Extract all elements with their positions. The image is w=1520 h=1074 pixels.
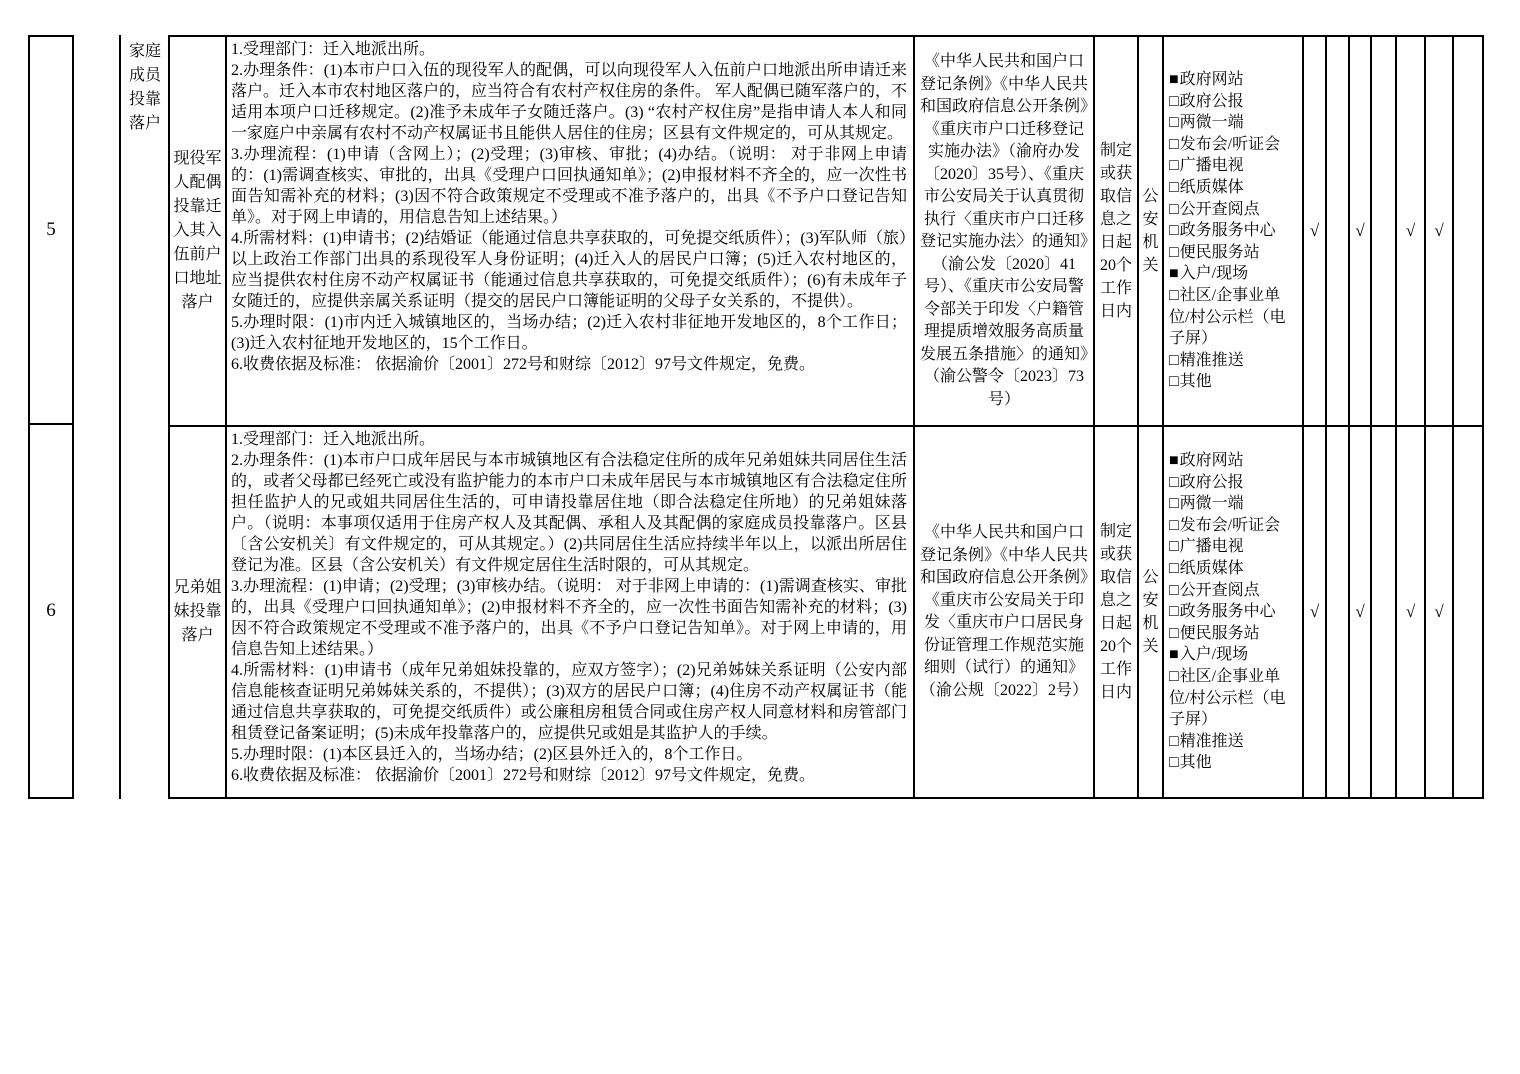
checkbox-unchecked-icon: □ [1169, 560, 1179, 577]
check-mark: √ [1355, 221, 1364, 241]
check-mark: √ [1434, 602, 1443, 622]
disclosure-time-limit-cell: 制定或获取信息之日起20个工作日内 [1095, 427, 1139, 799]
channel-label: 其他 [1180, 373, 1212, 390]
checkbox-unchecked-icon: □ [1169, 201, 1179, 218]
channel-item: □公开查阅点 [1169, 199, 1300, 221]
check-cell: √ [1350, 37, 1372, 427]
channel-label: 纸质媒体 [1180, 560, 1244, 577]
channel-label: 便民服务站 [1180, 244, 1260, 261]
publicity-channels-cell: ■政府网站 □政府公报 □两微一端 □发布会/听证会 □广播电视 □纸质媒体 □… [1164, 427, 1304, 799]
channel-item: □发布会/听证会 [1169, 134, 1300, 156]
check-mark: √ [1406, 602, 1415, 622]
legal-basis-cell: 《中华人民共和国户口登记条例》《中华人民共和国政府信息公开条例》《重庆市公安局关… [915, 427, 1095, 799]
check-mark: √ [1310, 221, 1319, 241]
channel-item: □广播电视 [1169, 155, 1300, 177]
channel-item: ■政府网站 [1169, 450, 1300, 472]
disclosure-time-limit-cell: 制定或获取信息之日起20个工作日内 [1095, 37, 1139, 427]
checkbox-unchecked-icon: □ [1169, 352, 1179, 369]
check-mark: √ [1434, 221, 1443, 241]
checkbox-checked-icon: ■ [1169, 71, 1179, 88]
channel-label: 政府公报 [1180, 93, 1244, 110]
channel-label: 公开查阅点 [1180, 582, 1260, 599]
check-mark: √ [1310, 602, 1319, 622]
check-cell [1327, 37, 1350, 427]
detail-section: 1.受理部门：迁入地派出所。 [231, 429, 907, 450]
checkbox-unchecked-icon: □ [1169, 222, 1179, 239]
checkbox-unchecked-icon: □ [1169, 517, 1179, 534]
channel-item: □公开查阅点 [1169, 580, 1300, 602]
channel-label: 发布会/听证会 [1180, 517, 1280, 534]
detail-section: 6.收费依据及标准： 依据渝价〔2001〕272号和财综〔2012〕97号文件规… [231, 765, 907, 786]
channel-item: □精准推送 [1169, 731, 1300, 753]
row-number-column: 5 6 [28, 35, 74, 799]
channel-label: 两微一端 [1180, 114, 1244, 131]
channel-label: 便民服务站 [1180, 625, 1260, 642]
checkbox-unchecked-icon: □ [1169, 754, 1179, 771]
checkbox-unchecked-icon: □ [1169, 668, 1179, 685]
channel-label: 其他 [1180, 754, 1212, 771]
detail-section: 4.所需材料：(1)申请书（成年兄弟姐妹投靠的，应双方签字）；(2)兄弟姊妹关系… [231, 660, 907, 744]
checkbox-unchecked-icon: □ [1169, 179, 1179, 196]
detail-section: 2.办理条件：(1)本市户口入伍的现役军人的配偶，可以向现役军人入伍前户口地派出… [231, 60, 907, 144]
legal-basis-text: 《中华人民共和国户口登记条例》《中华人民共和国政府信息公开条例》《重庆市公安局关… [915, 522, 1093, 702]
checkbox-checked-icon: ■ [1169, 265, 1179, 282]
legal-basis-cell: 《中华人民共和国户口登记条例》《中华人民共和国政府信息公开条例》《重庆市户口迁移… [915, 37, 1095, 427]
channel-item: □发布会/听证会 [1169, 515, 1300, 537]
channel-item: □两微一端 [1169, 493, 1300, 515]
channel-label: 政府公报 [1180, 474, 1244, 491]
detail-section: 4.所需材料：(1)申请书；(2)结婚证（能通过信息共享获取的，可免提交纸质件）… [231, 228, 907, 312]
check-cell [1372, 427, 1397, 799]
checkbox-unchecked-icon: □ [1169, 603, 1179, 620]
check-cell [1372, 37, 1397, 427]
channel-label: 入户/现场 [1180, 265, 1248, 282]
check-mark: √ [1355, 602, 1364, 622]
detail-section: 3.办理流程：(1)申请（含网上）；(2)受理；(3)审核、审批；(4)办结。（… [231, 144, 907, 228]
detail-section: 5.办理时限：(1)本区县迁入的，当场办结；(2)区县外迁入的，8个工作日。 [231, 744, 907, 765]
disclosure-time-limit: 制定或获取信息之日起20个工作日内 [1095, 520, 1137, 704]
channel-item: □精准推送 [1169, 350, 1300, 372]
responsible-agency-cell: 公安机关 [1139, 427, 1164, 799]
responsible-agency: 公安机关 [1139, 185, 1162, 277]
checkbox-unchecked-icon: □ [1169, 287, 1179, 304]
service-item-name: 兄弟姐妹投靠落户 [170, 576, 225, 648]
checkbox-unchecked-icon: □ [1169, 538, 1179, 555]
check-mark: √ [1406, 221, 1415, 241]
channel-label: 入户/现场 [1180, 646, 1248, 663]
service-details-cell: 1.受理部门：迁入地派出所。 2.办理条件：(1)本市户口入伍的现役军人的配偶，… [227, 37, 915, 427]
channel-item: □政府公报 [1169, 91, 1300, 113]
channel-label: 公开查阅点 [1180, 201, 1260, 218]
channel-label: 纸质媒体 [1180, 179, 1244, 196]
checkbox-unchecked-icon: □ [1169, 733, 1179, 750]
channel-item: □便民服务站 [1169, 242, 1300, 264]
checkbox-unchecked-icon: □ [1169, 93, 1179, 110]
check-cell: √ [1426, 37, 1454, 427]
channel-label: 广播电视 [1180, 157, 1244, 174]
check-cell: √ [1304, 37, 1327, 427]
channel-label: 政务服务中心 [1180, 603, 1276, 620]
checkbox-checked-icon: ■ [1169, 452, 1179, 469]
service-item-cell: 兄弟姐妹投靠落户 [170, 427, 227, 799]
channel-item: □社区/企事业单位/村公示栏（电子屏） [1169, 666, 1300, 731]
responsible-agency: 公安机关 [1139, 566, 1162, 658]
check-cell [1454, 427, 1484, 799]
legal-basis-text: 《中华人民共和国户口登记条例》《中华人民共和国政府信息公开条例》《重庆市户口迁移… [915, 51, 1093, 411]
channel-item: □社区/企事业单位/村公示栏（电子屏） [1169, 285, 1300, 350]
checkbox-unchecked-icon: □ [1169, 244, 1179, 261]
detail-section: 6.收费依据及标准： 依据渝价〔2001〕272号和财综〔2012〕97号文件规… [231, 354, 907, 375]
service-details-cell: 1.受理部门：迁入地派出所。 2.办理条件：(1)本市户口成年居民与本市城镇地区… [227, 427, 915, 799]
document-page: 5 6 家庭成员投靠落户 现役军人配偶投靠迁入其入伍前户口地址落户 1.受理部门… [0, 0, 1520, 1074]
channel-item: ■入户/现场 [1169, 263, 1300, 285]
row-number: 6 [30, 425, 72, 797]
disclosure-time-limit: 制定或获取信息之日起20个工作日内 [1095, 139, 1137, 323]
channel-item: □纸质媒体 [1169, 558, 1300, 580]
channel-label: 政府网站 [1180, 452, 1244, 469]
channel-item: □便民服务站 [1169, 623, 1300, 645]
channel-label: 两微一端 [1180, 495, 1244, 512]
checkbox-checked-icon: ■ [1169, 646, 1179, 663]
detail-section: 5.办理时限：(1)市内迁入城镇地区的，当场办结；(2)迁入农村非征地开发地区的… [231, 312, 907, 354]
service-item-cell: 现役军人配偶投靠迁入其入伍前户口地址落户 [170, 37, 227, 427]
checkbox-unchecked-icon: □ [1169, 582, 1179, 599]
channel-item: □广播电视 [1169, 536, 1300, 558]
responsible-agency-cell: 公安机关 [1139, 37, 1164, 427]
channel-item: ■政府网站 [1169, 69, 1300, 91]
check-cell [1327, 427, 1350, 799]
detail-section: 1.受理部门：迁入地派出所。 [231, 39, 907, 60]
publicity-channels-cell: ■政府网站 □政府公报 □两微一端 □发布会/听证会 □广播电视 □纸质媒体 □… [1164, 37, 1304, 427]
category-column-rule [119, 35, 121, 799]
channel-item: □政务服务中心 [1169, 220, 1300, 242]
detail-section: 3.办理流程：(1)申请；(2)受理；(3)审核办结。（说明： 对于非网上申请的… [231, 576, 907, 660]
channel-item: □政务服务中心 [1169, 601, 1300, 623]
channel-label: 广播电视 [1180, 538, 1244, 555]
channel-item: □两微一端 [1169, 112, 1300, 134]
channel-item: □纸质媒体 [1169, 177, 1300, 199]
checkbox-unchecked-icon: □ [1169, 495, 1179, 512]
checkbox-unchecked-icon: □ [1169, 157, 1179, 174]
channel-item: ■入户/现场 [1169, 644, 1300, 666]
channel-item: □政府公报 [1169, 472, 1300, 494]
services-table: 现役军人配偶投靠迁入其入伍前户口地址落户 1.受理部门：迁入地派出所。 2.办理… [168, 35, 1484, 799]
channel-label: 精准推送 [1180, 352, 1244, 369]
row-number: 5 [30, 37, 72, 425]
channel-label: 社区/企事业单位/村公示栏（电子屏） [1169, 287, 1285, 347]
channel-item: □其他 [1169, 752, 1300, 774]
channel-label: 政务服务中心 [1180, 222, 1276, 239]
channel-label: 发布会/听证会 [1180, 136, 1280, 153]
check-cell [1454, 37, 1484, 427]
check-cell: √ [1397, 427, 1426, 799]
checkbox-unchecked-icon: □ [1169, 114, 1179, 131]
channel-label: 精准推送 [1180, 733, 1244, 750]
channel-label: 社区/企事业单位/村公示栏（电子屏） [1169, 668, 1285, 728]
checkbox-unchecked-icon: □ [1169, 625, 1179, 642]
category-group-label: 家庭成员投靠落户 [123, 40, 167, 136]
check-cell: √ [1397, 37, 1426, 427]
checkbox-unchecked-icon: □ [1169, 474, 1179, 491]
channel-label: 政府网站 [1180, 71, 1244, 88]
checkbox-unchecked-icon: □ [1169, 373, 1179, 390]
check-cell: √ [1304, 427, 1327, 799]
channel-item: □其他 [1169, 371, 1300, 393]
check-cell: √ [1350, 427, 1372, 799]
detail-section: 2.办理条件：(1)本市户口成年居民与本市城镇地区有合法稳定住所的成年兄弟姐妹共… [231, 450, 907, 576]
service-item-name: 现役军人配偶投靠迁入其入伍前户口地址落户 [170, 147, 225, 315]
checkbox-unchecked-icon: □ [1169, 136, 1179, 153]
check-cell: √ [1426, 427, 1454, 799]
